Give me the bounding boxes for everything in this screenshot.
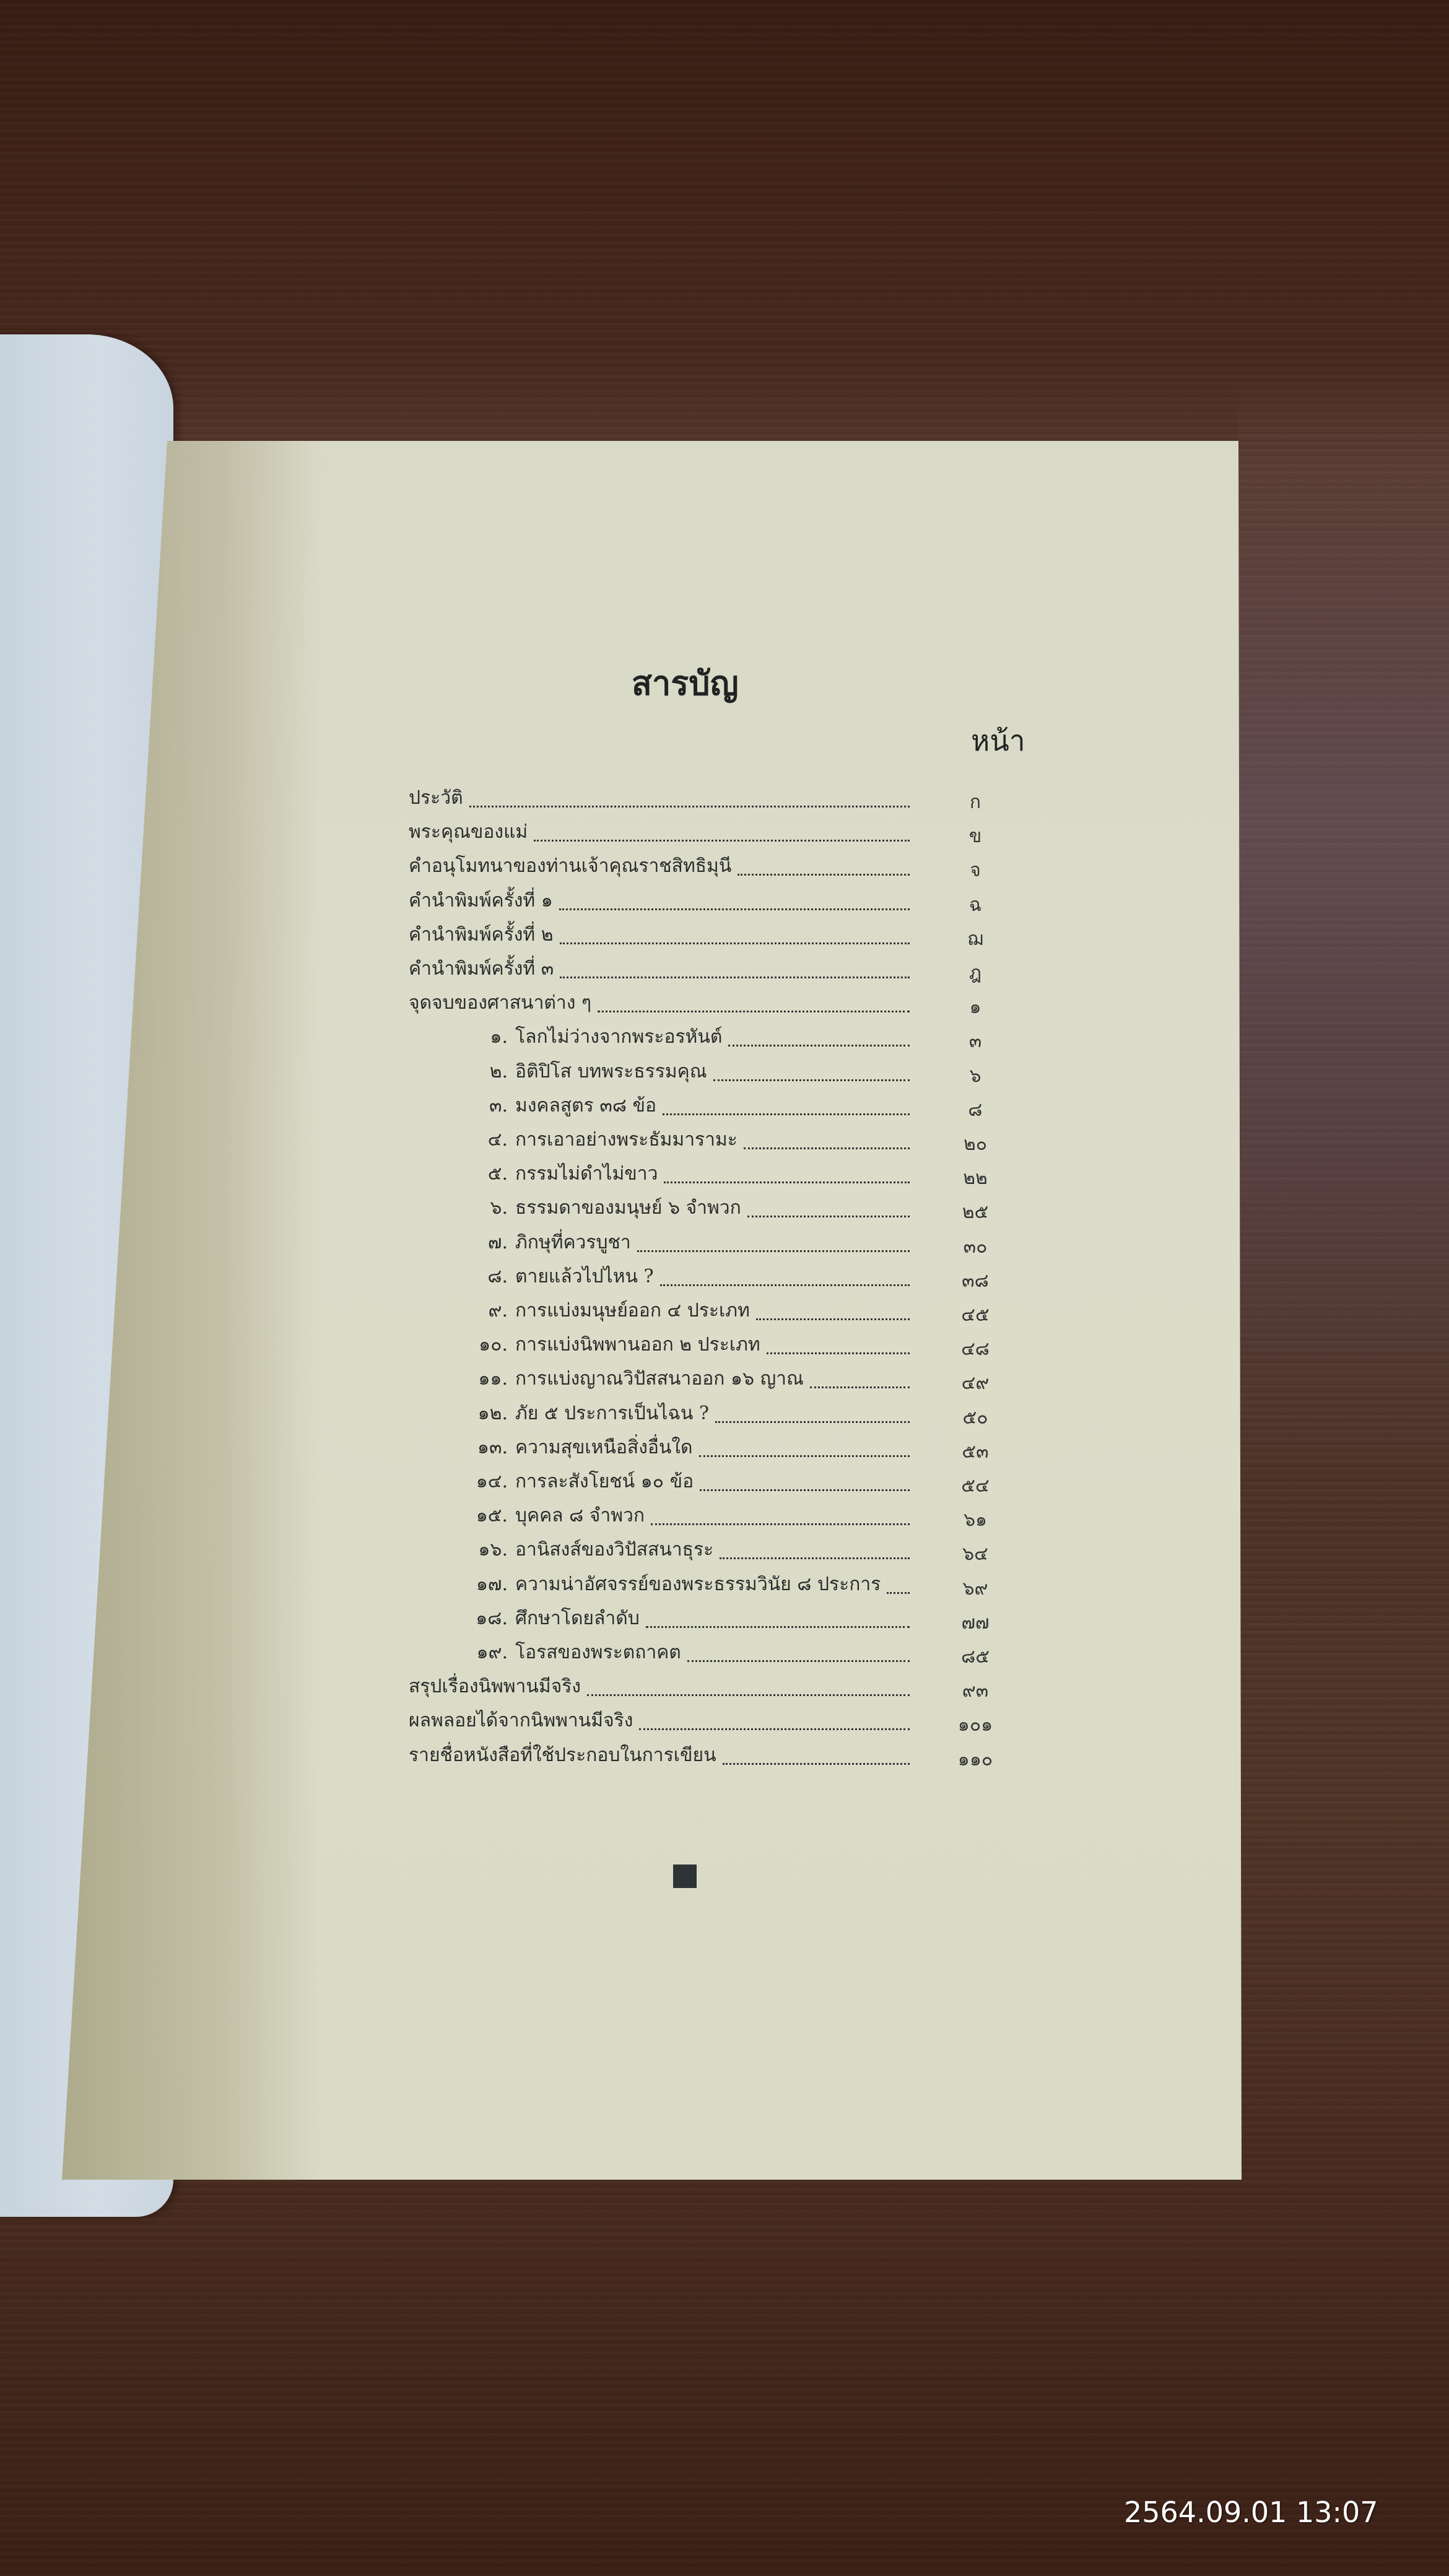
page-title: สารบัญ bbox=[632, 656, 739, 710]
toc-entry: จุดจบของศาสนาต่าง ๆ bbox=[409, 986, 913, 1017]
toc-entry-page-number: ก bbox=[951, 788, 1000, 817]
toc-entry-page-number: ๓๘ bbox=[951, 1266, 1000, 1295]
toc-entry-label: บุคคล ๘ จำพวก bbox=[515, 1501, 645, 1530]
toc-entry-label: ศึกษาโดยลำดับ bbox=[515, 1604, 640, 1633]
toc-entry: ๑๐.การแบ่งนิพพานออก ๒ ประเภท bbox=[471, 1328, 913, 1359]
toc-entry-label: ตายแล้วไปไหน ? bbox=[515, 1262, 654, 1291]
toc-entry-label: การแบ่งนิพพานออก ๒ ประเภท bbox=[515, 1330, 760, 1359]
toc-entry: ๙.การแบ่งมนุษย์ออก ๔ ประเภท bbox=[471, 1294, 913, 1325]
toc-entry-number: ๔. bbox=[471, 1125, 508, 1154]
dot-leader bbox=[534, 838, 910, 842]
toc-entry-number: ๙. bbox=[471, 1296, 508, 1325]
toc-entry-page-number: ฉ bbox=[951, 890, 1000, 920]
toc-entry: ๑๙.โอรสของพระตถาคต bbox=[471, 1636, 913, 1667]
dot-leader bbox=[720, 1556, 910, 1559]
toc-entry: ๑๓.ความสุขเหนือสิ่งอื่นใด bbox=[471, 1431, 913, 1462]
toc-entry-label: รายชื่อหนังสือที่ใช้ประกอบในการเขียน bbox=[409, 1741, 716, 1770]
toc-entry-label: คำอนุโมทนาของท่านเจ้าคุณราชสิทธิมุนี bbox=[409, 851, 731, 881]
toc-entry: พระคุณของแม่ bbox=[409, 816, 913, 846]
wood-table-background bbox=[1238, 372, 1449, 1486]
toc-entry: คำนำพิมพ์ครั้งที่ ๓ bbox=[409, 952, 913, 983]
toc-entry-label: ภัย ๕ ประการเป็นไฉน ? bbox=[515, 1399, 709, 1428]
toc-entry-label: อิติปิโส บทพระธรรมคุณ bbox=[515, 1057, 707, 1086]
toc-entry-number: ๑๘. bbox=[471, 1604, 508, 1633]
toc-entry-page-number: ๓๐ bbox=[951, 1232, 1000, 1261]
toc-entry: ๑๘.ศึกษาโดยลำดับ bbox=[471, 1602, 913, 1633]
toc-entry-number: ๑. bbox=[471, 1022, 508, 1051]
toc-entry: ๑๒.ภัย ๕ ประการเป็นไฉน ? bbox=[471, 1397, 913, 1428]
dot-leader bbox=[713, 1078, 910, 1081]
toc-entry-label: โอรสของพระตถาคต bbox=[515, 1638, 681, 1667]
toc-entry-page-number: ๕๐ bbox=[951, 1403, 1000, 1432]
toc-entry-label: การแบ่งญาณวิปัสสนาออก ๑๖ ญาณ bbox=[515, 1364, 804, 1393]
toc-entry-page-number: ๓ bbox=[951, 1027, 1000, 1056]
dot-leader bbox=[810, 1385, 910, 1388]
dot-leader bbox=[756, 1317, 910, 1320]
photo-timestamp: 2564.09.01 13:07 bbox=[1124, 2495, 1378, 2529]
toc-entry-label: จุดจบของศาสนาต่าง ๆ bbox=[409, 988, 591, 1017]
toc-entry-label: การเอาอย่างพระธัมมารามะ bbox=[515, 1125, 738, 1154]
dot-leader bbox=[767, 1351, 910, 1354]
toc-entry-page-number: ๕๓ bbox=[951, 1437, 1000, 1466]
toc-entry-page-number: ๔๙ bbox=[951, 1368, 1000, 1398]
toc-entry: ๑.โลกไม่ว่างจากพระอรหันต์ bbox=[471, 1020, 913, 1051]
toc-entry: ๕.กรรมไม่ดำไม่ขาว bbox=[471, 1157, 913, 1188]
toc-entry-number: ๑๕. bbox=[471, 1501, 508, 1530]
toc-entry: ๔.การเอาอย่างพระธัมมารามะ bbox=[471, 1123, 913, 1154]
toc-entry-page-number: ๖๙ bbox=[951, 1574, 1000, 1603]
dot-leader bbox=[687, 1659, 910, 1662]
dot-leader bbox=[637, 1249, 910, 1252]
toc-entry-label: คำนำพิมพ์ครั้งที่ ๑ bbox=[409, 886, 553, 915]
toc-entry-label: ผลพลอยได้จากนิพพานมีจริง bbox=[409, 1706, 633, 1735]
toc-entry-number: ๒. bbox=[471, 1057, 508, 1086]
toc-entry: คำอนุโมทนาของท่านเจ้าคุณราชสิทธิมุนี bbox=[409, 850, 913, 881]
toc-entry: สรุปเรื่องนิพพานมีจริง bbox=[409, 1670, 913, 1701]
toc-entry-page-number: ข bbox=[951, 822, 1000, 851]
dot-leader bbox=[639, 1727, 910, 1730]
toc-entry-page-number: ๗๗ bbox=[951, 1608, 1000, 1637]
toc-entry-number: ๑๓. bbox=[471, 1433, 508, 1462]
toc-entry-page-number: ๖๑ bbox=[951, 1505, 1000, 1534]
toc-entry: ๑๔.การละสังโยชน์ ๑๐ ข้อ bbox=[471, 1465, 913, 1496]
dot-leader bbox=[587, 1693, 910, 1696]
toc-entry-page-number: ๔๕ bbox=[951, 1300, 1000, 1329]
toc-entry: ๖.ธรรมดาของมนุษย์ ๖ จำพวก bbox=[471, 1191, 913, 1222]
toc-entry-number: ๑๙. bbox=[471, 1638, 508, 1667]
toc-entry: รายชื่อหนังสือที่ใช้ประกอบในการเขียน bbox=[409, 1739, 913, 1770]
toc-entry-page-number: ๕๔ bbox=[951, 1471, 1000, 1500]
toc-entry-page-number: ๑๐๑ bbox=[951, 1710, 1000, 1739]
dot-leader bbox=[747, 1214, 910, 1217]
toc-entry-number: ๖. bbox=[471, 1193, 508, 1222]
toc-entry-page-number: ฌ bbox=[951, 925, 1000, 954]
toc-entry: คำนำพิมพ์ครั้งที่ ๑ bbox=[409, 884, 913, 915]
dot-leader bbox=[646, 1625, 910, 1628]
dot-leader bbox=[560, 941, 910, 944]
dot-leader bbox=[723, 1762, 910, 1765]
toc-entry-number: ๑๑. bbox=[471, 1364, 508, 1393]
toc-entry-label: มงคลสูตร ๓๘ ข้อ bbox=[515, 1091, 656, 1120]
toc-entry: ๑๖.อานิสงส์ของวิปัสสนาธุระ bbox=[471, 1533, 913, 1564]
toc-entry-label: คำนำพิมพ์ครั้งที่ ๓ bbox=[409, 954, 554, 983]
toc-entry-number: ๕. bbox=[471, 1159, 508, 1188]
toc-entry-label: อานิสงส์ของวิปัสสนาธุระ bbox=[515, 1535, 713, 1564]
toc-entry-page-number: ๖ bbox=[951, 1061, 1000, 1090]
toc-entry-number: ๑๖. bbox=[471, 1535, 508, 1564]
toc-entry-page-number: ๒๕ bbox=[951, 1198, 1000, 1227]
toc-entry-page-number: ฎ bbox=[951, 959, 1000, 988]
toc-entry: ๓.มงคลสูตร ๓๘ ข้อ bbox=[471, 1089, 913, 1120]
dot-leader bbox=[738, 872, 910, 876]
dot-leader bbox=[598, 1009, 910, 1012]
dot-leader bbox=[651, 1522, 910, 1525]
square-end-mark-icon bbox=[673, 1865, 697, 1888]
toc-entry-label: โลกไม่ว่างจากพระอรหันต์ bbox=[515, 1022, 722, 1051]
toc-entry-number: ๑๒. bbox=[471, 1399, 508, 1428]
toc-entry-number: ๑๗. bbox=[471, 1570, 508, 1599]
dot-leader bbox=[560, 975, 910, 978]
toc-entry-number: ๘. bbox=[471, 1262, 508, 1291]
toc-entry-page-number: จ bbox=[951, 856, 1000, 885]
toc-entry-page-number: ๔๘ bbox=[951, 1334, 1000, 1364]
dot-leader bbox=[887, 1591, 910, 1594]
toc-entry: ประวัติ bbox=[409, 781, 913, 812]
toc-entry-label: พระคุณของแม่ bbox=[409, 817, 528, 846]
toc-entry-label: สรุปเรื่องนิพพานมีจริง bbox=[409, 1672, 581, 1701]
toc-entry-page-number: ๘ bbox=[951, 1095, 1000, 1125]
toc-entry-label: ความน่าอัศจรรย์ของพระธรรมวินัย ๘ ประการ bbox=[515, 1570, 881, 1599]
toc-entry-page-number: ๑๑๐ bbox=[951, 1745, 1000, 1774]
toc-entry-page-number: ๒๐ bbox=[951, 1129, 1000, 1159]
toc-entry-label: ความสุขเหนือสิ่งอื่นใด bbox=[515, 1433, 693, 1462]
toc-entry-number: ๑๔. bbox=[471, 1467, 508, 1496]
toc-entry-label: ประวัติ bbox=[409, 783, 463, 812]
toc-entry-label: ภิกษุที่ควรบูชา bbox=[515, 1228, 631, 1257]
dot-leader bbox=[744, 1146, 910, 1149]
dot-leader bbox=[728, 1043, 910, 1046]
dot-leader bbox=[469, 804, 910, 807]
toc-entry-label: การแบ่งมนุษย์ออก ๔ ประเภท bbox=[515, 1296, 750, 1325]
toc-entry: ผลพลอยได้จากนิพพานมีจริง bbox=[409, 1704, 913, 1735]
dot-leader bbox=[664, 1180, 910, 1183]
toc-entry: ๑๕.บุคคล ๘ จำพวก bbox=[471, 1499, 913, 1530]
toc-entry-page-number: ๑ bbox=[951, 993, 1000, 1022]
toc-entry-number: ๑๐. bbox=[471, 1330, 508, 1359]
toc-entry: ๑๑.การแบ่งญาณวิปัสสนาออก ๑๖ ญาณ bbox=[471, 1362, 913, 1393]
dot-leader bbox=[660, 1283, 910, 1286]
toc-entry-page-number: ๒๒ bbox=[951, 1164, 1000, 1193]
page-column-header: หน้า bbox=[971, 718, 1025, 764]
toc-entry-page-number: ๖๔ bbox=[951, 1539, 1000, 1569]
toc-entry-number: ๓. bbox=[471, 1091, 508, 1120]
dot-leader bbox=[663, 1112, 910, 1115]
toc-entry: ๗.ภิกษุที่ควรบูชา bbox=[471, 1226, 913, 1257]
dot-leader bbox=[700, 1488, 910, 1491]
toc-entry: คำนำพิมพ์ครั้งที่ ๒ bbox=[409, 918, 913, 949]
toc-entry: ๒.อิติปิโส บทพระธรรมคุณ bbox=[471, 1055, 913, 1086]
toc-entry-page-number: ๘๕ bbox=[951, 1642, 1000, 1671]
toc-entry-label: คำนำพิมพ์ครั้งที่ ๒ bbox=[409, 920, 554, 949]
toc-entry-number: ๗. bbox=[471, 1228, 508, 1257]
dot-leader bbox=[559, 907, 910, 910]
dot-leader bbox=[699, 1454, 910, 1457]
toc-entry-label: การละสังโยชน์ ๑๐ ข้อ bbox=[515, 1467, 694, 1496]
toc-entry-label: กรรมไม่ดำไม่ขาว bbox=[515, 1159, 658, 1188]
dot-leader bbox=[715, 1420, 910, 1423]
toc-entry-page-number: ๙๓ bbox=[951, 1676, 1000, 1705]
toc-entry: ๑๗.ความน่าอัศจรรย์ของพระธรรมวินัย ๘ ประก… bbox=[471, 1568, 913, 1599]
toc-entry-label: ธรรมดาของมนุษย์ ๖ จำพวก bbox=[515, 1193, 741, 1222]
toc-entry: ๘.ตายแล้วไปไหน ? bbox=[471, 1260, 913, 1291]
